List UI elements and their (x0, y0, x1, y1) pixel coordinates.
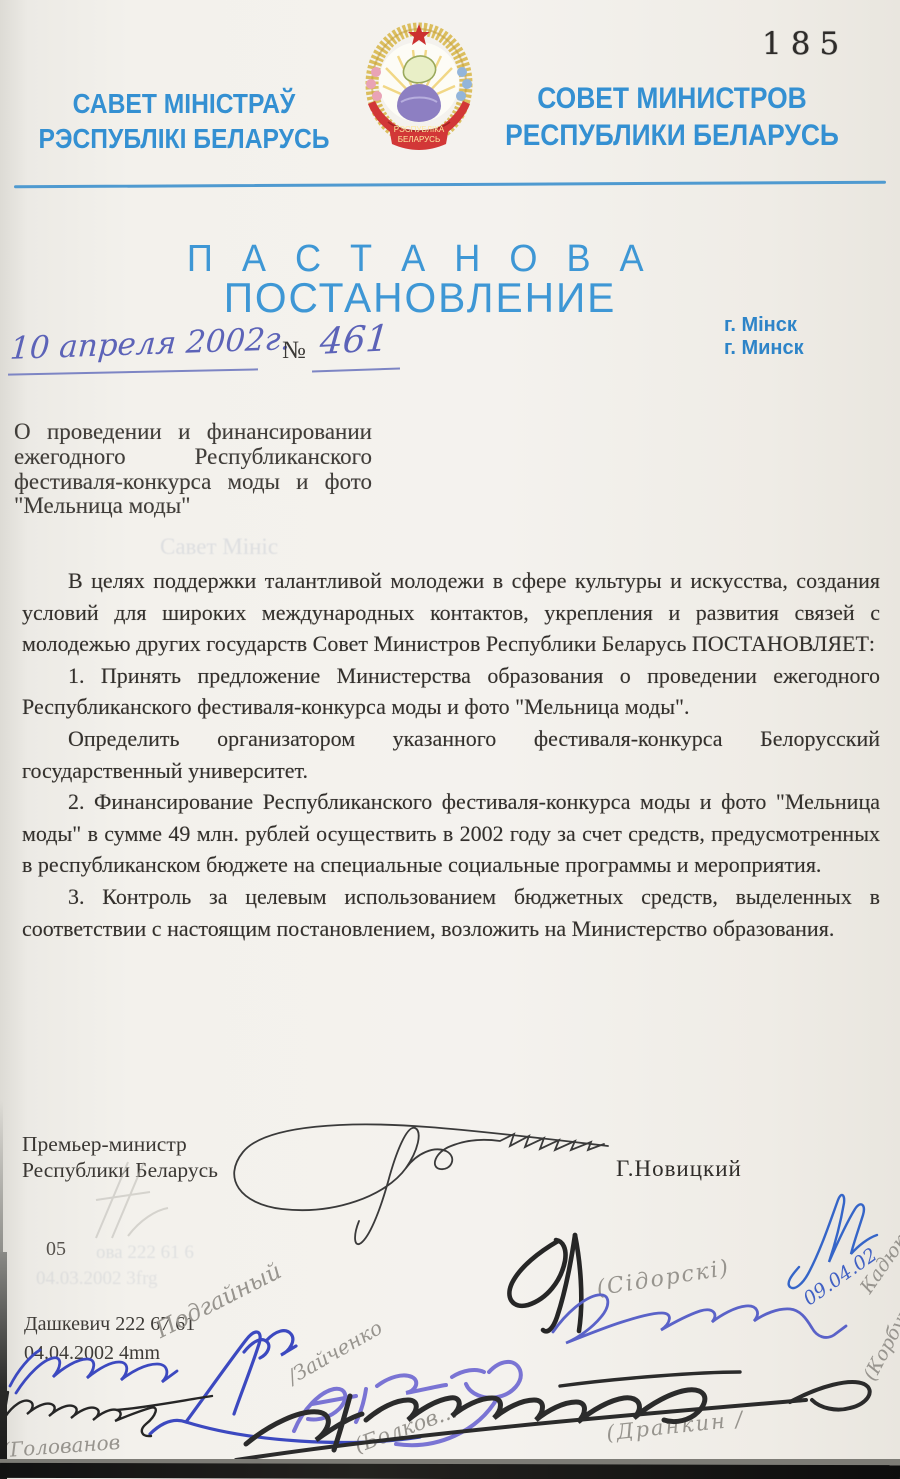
place-ru: г. Минск (724, 337, 804, 360)
paragraph-2: 2. Финансирование Республиканского фести… (22, 786, 880, 881)
org-name-russian: СОВЕТ МИНИСТРОВ РЕСПУБЛИКИ БЕЛАРУСЬ (498, 80, 846, 154)
subject-line1: О проведении и финансировании (14, 420, 372, 445)
black-chain-signature-scribble (2, 1392, 212, 1436)
ghost-text: Савет Мініс (160, 534, 278, 560)
org-name-belarusian: САВЕТ МІНІСТРАЎ РЭСПУБЛІКІ БЕЛАРУСЬ (27, 86, 340, 156)
number-underline (312, 367, 400, 372)
pm-title-line2: Республики Беларусь (22, 1157, 218, 1183)
place-by: г. Мінск (724, 314, 804, 337)
scan-edge-left (0, 1252, 7, 1479)
scan-edge-left-fade (0, 1100, 3, 1260)
pencil-note-sidorski: (Сідорскі) (595, 1256, 732, 1302)
document-page: 185 САВЕТ МІНІСТРАЎ РЭСПУБЛІКІ БЕЛАРУСЬ … (0, 0, 900, 1479)
subject-block: О проведении и финансировании ежегодного… (14, 420, 372, 519)
emblem-ribbon-line2: БЕЛАРУСЬ (398, 135, 440, 144)
pm-name: Г.Новицкий (616, 1156, 742, 1182)
page-number-stamp: 185 (762, 26, 848, 62)
subject-line2: ежегодного Республиканского (14, 445, 372, 470)
pm-title: Премьер-министр Республики Беларусь (22, 1131, 218, 1183)
title-russian: ПОСТАНОВЛЕНИЕ (81, 274, 760, 322)
paragraph-1: 1. Принять предложение Министерства обра… (22, 660, 880, 723)
pencil-note-zaichenko: /Зайченко (283, 1315, 386, 1389)
pencil-note-podgayny: Подгайный (152, 1258, 286, 1344)
date-underline (8, 368, 258, 375)
ghost-stamp-1: ова 222 61 6 (96, 1242, 194, 1264)
header-divider-line (14, 181, 886, 189)
marker-signature-scribble (509, 1235, 581, 1331)
scan-edge-bottom (0, 1463, 900, 1479)
org-ru-line2: РЕСПУБЛИКИ БЕЛАРУСЬ (498, 117, 846, 154)
pencil-note-bolkov: (Болков... (351, 1398, 460, 1457)
stamp-line2: 04.04.2002 4mm (24, 1339, 195, 1368)
paragraph-preamble: В целях поддержки талантливой молодежи в… (22, 565, 880, 660)
handwritten-date: 10 апреля 2002г. (9, 321, 292, 367)
pm-title-line1: Премьер-министр (22, 1131, 218, 1157)
pm-signature-scribble (234, 1124, 608, 1244)
paragraph-1a: Определить организатором указанного фест… (22, 723, 880, 786)
doc-code: 05 (46, 1238, 66, 1261)
org-by-line2: РЭСПУБЛІКІ БЕЛАРУСЬ (27, 121, 340, 156)
handwritten-number: 461 (318, 318, 390, 363)
org-ru-line1: СОВЕТ МИНИСТРОВ (498, 80, 846, 117)
subject-line4: "Мельница моды" (14, 494, 372, 519)
blue-violet-signature-scribble (553, 1295, 846, 1343)
bottom-marker-signature-scribble (236, 1372, 870, 1460)
emblem-ribbon-line1: РЭСПУБЛІКА (394, 125, 445, 134)
pencil-note-korbut: (Корбут (859, 1298, 900, 1385)
decree-body: В целях поддержки талантливой молодежи в… (22, 565, 880, 944)
place-block: г. Мінск г. Минск (724, 314, 804, 360)
ghost-stamp-2: 04.03.2002 3frg (36, 1268, 158, 1290)
belarus-coat-of-arms-icon: РЭСПУБЛІКА БЕЛАРУСЬ (356, 10, 482, 152)
org-by-line1: САВЕТ МІНІСТРАЎ (27, 86, 340, 121)
number-sign: № (282, 337, 306, 365)
subject-line3: фестиваля-конкурса моды и фото (14, 470, 372, 495)
paragraph-3: 3. Контроль за целевым использованием бю… (22, 881, 880, 944)
pencil-note-drankin: (Дранкин / (605, 1407, 745, 1445)
pencil-note-golovanov: (Голованов (1, 1430, 121, 1462)
